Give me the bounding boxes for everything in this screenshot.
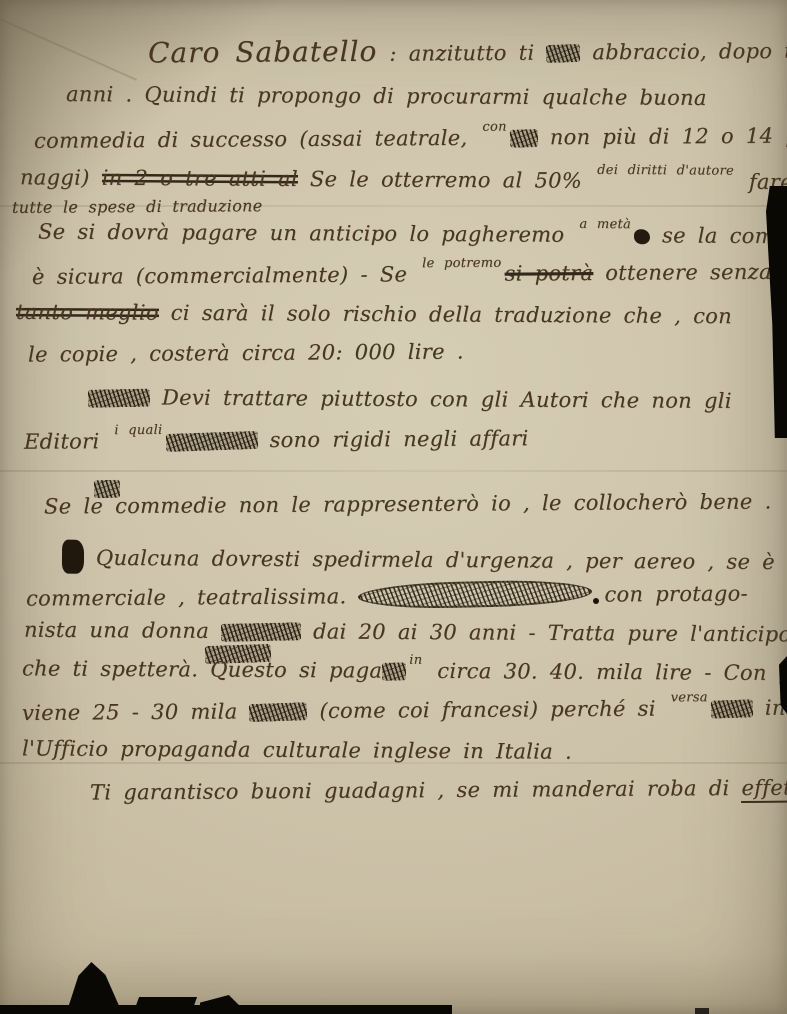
- text-segment: che ti spetterà. Questo si paga: [22, 656, 382, 682]
- text-segment: dai 20 ai 30 anni - Tratta pure l'antici…: [301, 619, 787, 646]
- text-segment: Editori: [24, 429, 112, 454]
- scribble-mark: [711, 699, 754, 718]
- text-segment: se la commedia: [650, 223, 787, 248]
- strikethrough-text: si potrà: [505, 261, 594, 286]
- handwritten-line: le copie , costerà circa 20: 000 lire .: [28, 339, 464, 366]
- handwriting-layer: Caro Sabatello : anzitutto ti abbraccio,…: [0, 0, 787, 1014]
- text-segment: non più di 12 o 14 perso-: [538, 123, 787, 149]
- text-segment: viene 25 - 30 mila: [22, 699, 250, 725]
- handwritten-line: Ti garantisco buoni guadagni , se mi man…: [90, 775, 787, 804]
- paper-damage-bottom: [133, 997, 197, 1014]
- text-segment: Devi trattare piuttosto con gli Autori c…: [150, 385, 732, 413]
- handwritten-line: Caro Sabatello : anzitutto ti abbraccio,…: [148, 32, 787, 70]
- text-segment: tutte le spese di traduzione: [12, 196, 263, 217]
- text-segment: (come coi francesi) perché si: [307, 696, 667, 723]
- handwritten-line: che ti spetterà. Questo si pagain circa …: [22, 656, 787, 685]
- scribble-mark: [510, 129, 539, 148]
- scanned-letter-page: Caro Sabatello : anzitutto ti abbraccio,…: [0, 0, 787, 1014]
- text-segment: circa 30. 40. mila lire - Con gli ingles…: [425, 659, 787, 686]
- text-segment: Se le commedie non le rappresenterò io ,…: [44, 489, 772, 518]
- scribble-mark: [546, 44, 581, 63]
- text-segment: Se si dovrà pagare un anticipo lo pagher…: [38, 220, 577, 247]
- handwritten-line: commedia di successo (assai teatrale, co…: [34, 123, 787, 153]
- handwritten-line: Devi trattare piuttosto con gli Autori c…: [88, 385, 732, 413]
- handwritten-line: anni . Quindi ti propongo di procurarmi …: [66, 82, 707, 110]
- text-segment: commerciale , teatralissima.: [26, 584, 359, 610]
- handwritten-line: Editori i quali sono rigidi negli affari: [24, 426, 529, 454]
- ink-blot: [62, 540, 84, 574]
- handwritten-line: tanto meglio ci sarà il solo rischio del…: [16, 300, 732, 328]
- inserted-word: con: [482, 120, 506, 135]
- inserted-word: le potremo: [422, 256, 502, 272]
- scribble-mark: [382, 662, 406, 680]
- ink-dot: [593, 598, 599, 604]
- handwritten-line: viene 25 - 30 mila (come coi francesi) p…: [22, 695, 787, 725]
- text-segment: Qualcuna dovresti spedirmela d'urgenza ,…: [84, 546, 787, 575]
- paper-damage-speck: [695, 1008, 709, 1014]
- text-segment: sono rigidi negli affari: [257, 426, 528, 452]
- scribble-mark: [165, 431, 258, 452]
- text-segment: : anzitutto ti: [377, 41, 546, 66]
- inserted-word: dei diritti d'autore: [597, 163, 734, 179]
- ink-blot: [634, 229, 650, 244]
- inserted-word: in: [409, 653, 422, 668]
- text-segment: commedia di successo (assai teatrale,: [34, 126, 480, 153]
- handwritten-line: naggi) in 2 o tre atti al Se le otterrem…: [20, 165, 787, 194]
- strikethrough-text: tanto meglio: [16, 300, 159, 325]
- text-segment: ci sarà il solo rischio della traduzione…: [159, 301, 732, 329]
- handwritten-line: tutte le spese di traduzione: [12, 196, 263, 217]
- text-segment: è sicura (commercialmente) - Se: [32, 262, 419, 289]
- underlined-word: effetto: [741, 775, 787, 803]
- handwritten-line: nista una donna dai 20 ai 30 anni - Trat…: [24, 618, 787, 647]
- scribble-mark: [88, 389, 150, 408]
- text-segment: l'Ufficio propaganda culturale inglese i…: [22, 736, 572, 763]
- text-segment: anni . Quindi ti propongo di procurarmi …: [66, 82, 707, 110]
- handwritten-line: commerciale , teatralissima. con protago…: [26, 579, 748, 610]
- handwritten-line: è sicura (commercialmente) - Se le potre…: [32, 259, 787, 289]
- text-segment: le copie , costerà circa 20: 000 lire .: [28, 339, 464, 366]
- text-segment: Ti garantisco buoni guadagni , se mi man…: [90, 776, 742, 805]
- inserted-word: a metà: [579, 217, 631, 232]
- scribble-mark: [358, 579, 593, 611]
- handwritten-line: l'Ufficio propaganda culturale inglese i…: [22, 736, 572, 763]
- inserted-word: versa: [671, 690, 708, 705]
- text-segment: ottenere senza anticipo: [593, 259, 787, 285]
- text-segment: Caro Sabatello: [148, 35, 378, 70]
- handwritten-line: Qualcuna dovresti spedirmela d'urgenza ,…: [62, 540, 787, 579]
- text-segment: nista una donna: [24, 618, 221, 643]
- text-segment: con protago-: [592, 581, 748, 606]
- text-segment: Se le otterremo al 50%: [298, 167, 594, 193]
- strikethrough-text: in 2 o tre atti al: [102, 166, 298, 191]
- handwritten-line: Se si dovrà pagare un anticipo lo pagher…: [38, 220, 787, 249]
- inserted-word: i quali: [114, 423, 162, 438]
- handwritten-line: Se le commedie non le rappresenterò io ,…: [44, 489, 772, 518]
- scribble-mark: [249, 702, 308, 722]
- text-segment: abbraccio, dopo tanti: [580, 39, 787, 65]
- text-segment: naggi): [20, 165, 102, 189]
- scribble-mark: [221, 622, 301, 642]
